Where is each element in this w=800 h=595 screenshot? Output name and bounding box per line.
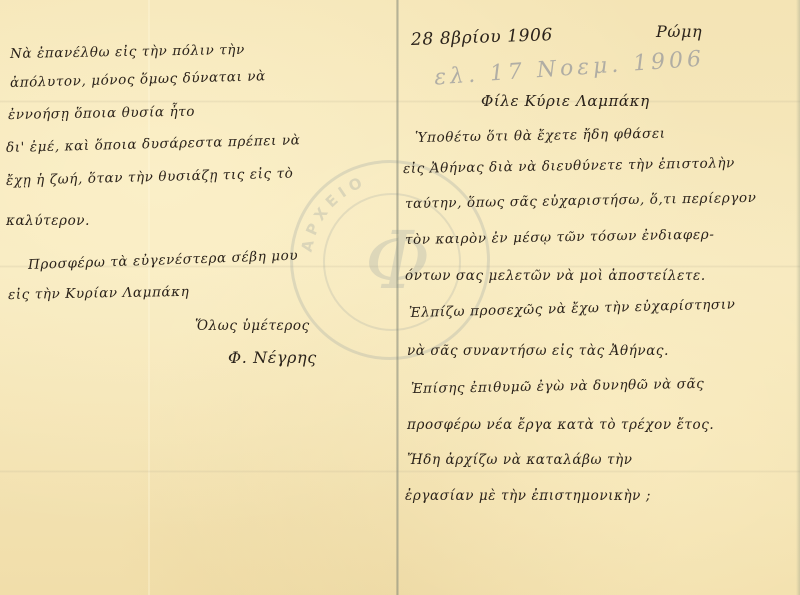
handwritten-line: ἀπόλυτον, μόνος ὅμως δύναται νὰ (10, 68, 266, 91)
letter-place: Ρώμη (656, 22, 702, 41)
handwritten-line: τὸν καιρὸν ἐν μέσῳ τῶν τόσων ἐνδιαφερ- (405, 227, 715, 248)
handwritten-line: ἐννοήσῃ ὅποια θυσία ἦτο (8, 104, 195, 123)
handwritten-line: ταύτην, ὅπως σᾶς εὐχαριστήσω, ὅ,τι περίε… (405, 190, 757, 212)
handwritten-line: όντων σας μελετῶν νὰ μοὶ ἀποστείλετε. (405, 268, 706, 284)
letter-date: 28 8βρίου 1906 (411, 25, 554, 50)
handwritten-line: Ἤδη ἀρχίζω νὰ καταλάβω τὴν (407, 452, 633, 468)
handwritten-line: ἐργασίαν μὲ τὴν ἐπιστημονικὴν ; (405, 488, 651, 504)
handwritten-line: δι' ἐμέ, καὶ ὅποια δυσάρεστα πρέπει νὰ (6, 132, 301, 156)
handwritten-line: ἔχῃ ἡ ζωή, ὅταν τὴν θυσιάζῃ τις εἰς τὸ (6, 165, 294, 189)
pencil-annotation: ελ. 17 Νοεμ. 1906 (433, 47, 705, 91)
handwritten-line: Ἐπίσης ἐπιθυμῶ ἐγὼ νὰ δυνηθῶ νὰ σᾶς (411, 376, 705, 397)
letter-closing: Ὅλως ὑμέτερος (195, 318, 310, 334)
handwritten-line: εἰς τὴν Κυρίαν Λαμπάκη (8, 284, 190, 303)
handwritten-line: Νὰ ἐπανέλθω εἰς τὴν πόλιν τὴν (10, 42, 245, 62)
handwritten-line: Ἐλπίζω προσεχῶς νὰ ἔχω τὴν εὐχαρίστησιν (409, 296, 736, 321)
handwritten-line: προσφέρω νέα ἔργα κατὰ τὸ τρέχον ἔτος. (407, 417, 714, 433)
right-page: 28 8βρίου 1906 Ρώμη ελ. 17 Νοεμ. 1906 Φί… (399, 0, 800, 595)
handwritten-line: Προσφέρω τὰ εὐγενέστερα σέβη μου (28, 248, 299, 273)
handwritten-line: καλύτερον. (6, 213, 90, 229)
handwritten-line: εἰς Ἀθήνας διὰ νὰ διευθύνετε τὴν ἐπιστολ… (403, 155, 735, 177)
salutation: Φίλε Κύριε Λαμπάκη (481, 92, 650, 110)
handwritten-line: νὰ σᾶς συναντήσω εἰς τὰς Ἀθήνας. (407, 343, 669, 359)
signature: Φ. Νέγρης (228, 348, 317, 367)
handwritten-line: Ὑποθέτω ὅτι θὰ ἔχετε ἤδη φθάσει (415, 126, 666, 146)
left-page: Νὰ ἐπανέλθω εἰς τὴν πόλιν τὴν ἀπόλυτον, … (0, 0, 397, 595)
